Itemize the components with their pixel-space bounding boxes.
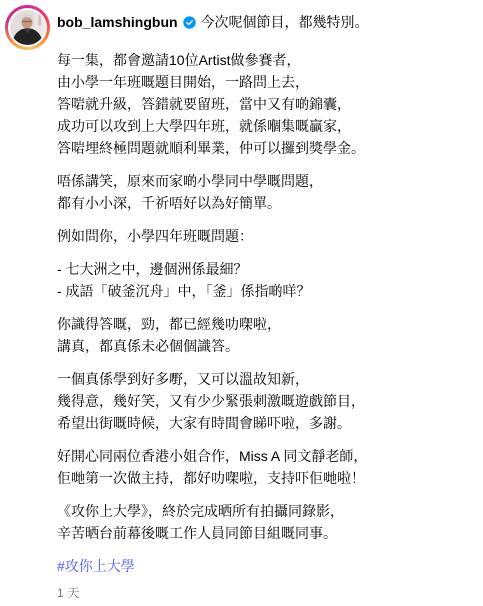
caption-intro-text: 今次呢個節目，都幾特別。 — [201, 14, 369, 30]
caption-line: 希望出街嘅時候，大家有時間會睇吓啦，多謝。 — [57, 412, 467, 434]
avatar-ring-gap — [8, 8, 47, 47]
caption-paragraph: 每一集，都會邀請10位Artist做參賽者， 由小學一年班嘅題目開始，一路問上去… — [57, 49, 467, 159]
caption-line: 由小學一年班嘅題目開始，一路問上去， — [57, 71, 467, 93]
caption-line: 佢哋第一次做主持，都好叻㗎啦，支持吓佢哋啦！ — [57, 467, 467, 489]
caption-paragraph: 你識得答嘅，勁，都已經幾叻㗎啦， 講真，都真係未必個個識答。 — [57, 313, 467, 357]
caption-line: 幾得意，幾好笑，又有少少緊張刺激嘅遊戲節目， — [57, 390, 467, 412]
verified-badge-icon — [183, 13, 196, 26]
caption-line: 成功可以攻到上大學四年班，就係嗰集嘅贏家， — [57, 115, 467, 137]
caption-line: 你識得答嘅，勁，都已經幾叻㗎啦， — [57, 313, 467, 335]
caption-line: 《攻你上大學》，終於完成晒所有拍攝同錄影， — [57, 500, 467, 522]
caption-paragraph: - 七大洲之中，邊個洲係最細？ - 成語「破釜沉舟」中，「釜」係指啲咩？ — [57, 258, 467, 302]
username-link[interactable]: bob_lamshingbun — [57, 14, 178, 30]
caption-paragraph: 唔係講笑，原來而家啲小學同中學嘅問題， 都有小小深，千祈唔好以為好簡單。 — [57, 170, 467, 214]
post-caption-panel: bob_lamshingbun今次呢個節目，都幾特別。 每一集，都會邀請10位A… — [0, 0, 483, 606]
caption-paragraph: 一個真係學到好多嘢，又可以溫故知新， 幾得意，幾好笑，又有少少緊張刺激嘅遊戲節目… — [57, 368, 467, 434]
profile-photo — [10, 10, 45, 45]
caption-line: 都有小小深，千祈唔好以為好簡單。 — [57, 192, 467, 214]
caption-content: bob_lamshingbun今次呢個節目，都幾特別。 每一集，都會邀請10位A… — [57, 11, 467, 601]
caption-paragraph: 例如問你，小學四年班嘅問題： — [57, 225, 467, 247]
caption-line: - 七大洲之中，邊個洲係最細？ — [57, 258, 467, 280]
caption-line: 唔係講笑，原來而家啲小學同中學嘅問題， — [57, 170, 467, 192]
caption-line: 一個真係學到好多嘢，又可以溫故知新， — [57, 368, 467, 390]
caption-paragraph: 好開心同兩位香港小姐合作，Miss A 同文靜老師， 佢哋第一次做主持，都好叻㗎… — [57, 445, 467, 489]
hashtag-link[interactable]: #攻你上大學 — [57, 558, 135, 574]
caption-line: 辛苦晒台前幕後嘅工作人員同節目組嘅同事。 — [57, 522, 467, 544]
caption-line: 每一集，都會邀請10位Artist做參賽者， — [57, 49, 467, 71]
caption-line: 講真，都真係未必個個識答。 — [57, 335, 467, 357]
caption-line: - 成語「破釜沉舟」中，「釜」係指啲咩？ — [57, 280, 467, 302]
timestamp[interactable]: 1 天 — [57, 585, 467, 601]
caption-line: 答啱埋終極問題就順利畢業，仲可以攞到獎學金。 — [57, 137, 467, 159]
caption-line: 好開心同兩位香港小姐合作，Miss A 同文靜老師， — [57, 445, 467, 467]
caption-paragraph: 《攻你上大學》，終於完成晒所有拍攝同錄影， 辛苦晒台前幕後嘅工作人員同節目組嘅同… — [57, 500, 467, 544]
caption-line: 例如問你，小學四年班嘅問題： — [57, 225, 467, 247]
avatar[interactable] — [5, 5, 50, 50]
caption-line: 答啱就升級，答錯就要留班，當中又有啲錦囊， — [57, 93, 467, 115]
caption-header: bob_lamshingbun今次呢個節目，都幾特別。 — [57, 11, 467, 33]
hashtag-row: #攻你上大學 — [57, 555, 467, 577]
